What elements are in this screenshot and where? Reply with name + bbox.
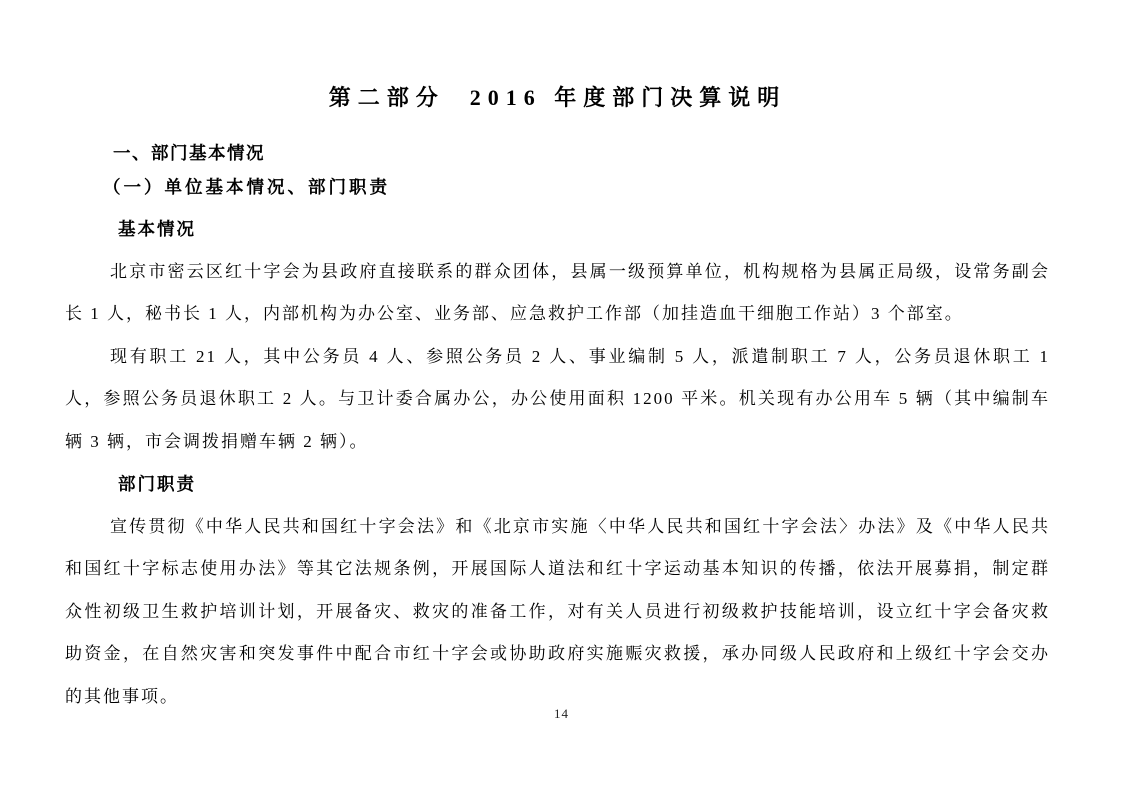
document-title: 第二部分 2016 年度部门决算说明 bbox=[65, 85, 1050, 111]
subsection-heading-unit-info-and-duties: （一）单位基本情况、部门职责 bbox=[65, 166, 1050, 209]
document-page: 第二部分 2016 年度部门决算说明 一、部门基本情况 （一）单位基本情况、部门… bbox=[0, 0, 1123, 794]
heading-basic-situation: 基本情况 bbox=[65, 208, 1050, 251]
paragraph-organization-overview: 北京市密云区红十字会为县政府直接联系的群众团体，县属一级预算单位，机构规格为县属… bbox=[65, 251, 1050, 336]
page-number: 14 bbox=[0, 706, 1123, 722]
heading-department-duties: 部门职责 bbox=[65, 463, 1050, 506]
paragraph-department-duties: 宣传贯彻《中华人民共和国红十字会法》和《北京市实施〈中华人民共和国红十字会法〉办… bbox=[65, 506, 1050, 719]
paragraph-staffing-and-facilities: 现有职工 21 人，其中公务员 4 人、参照公务员 2 人、事业编制 5 人，派… bbox=[65, 336, 1050, 464]
